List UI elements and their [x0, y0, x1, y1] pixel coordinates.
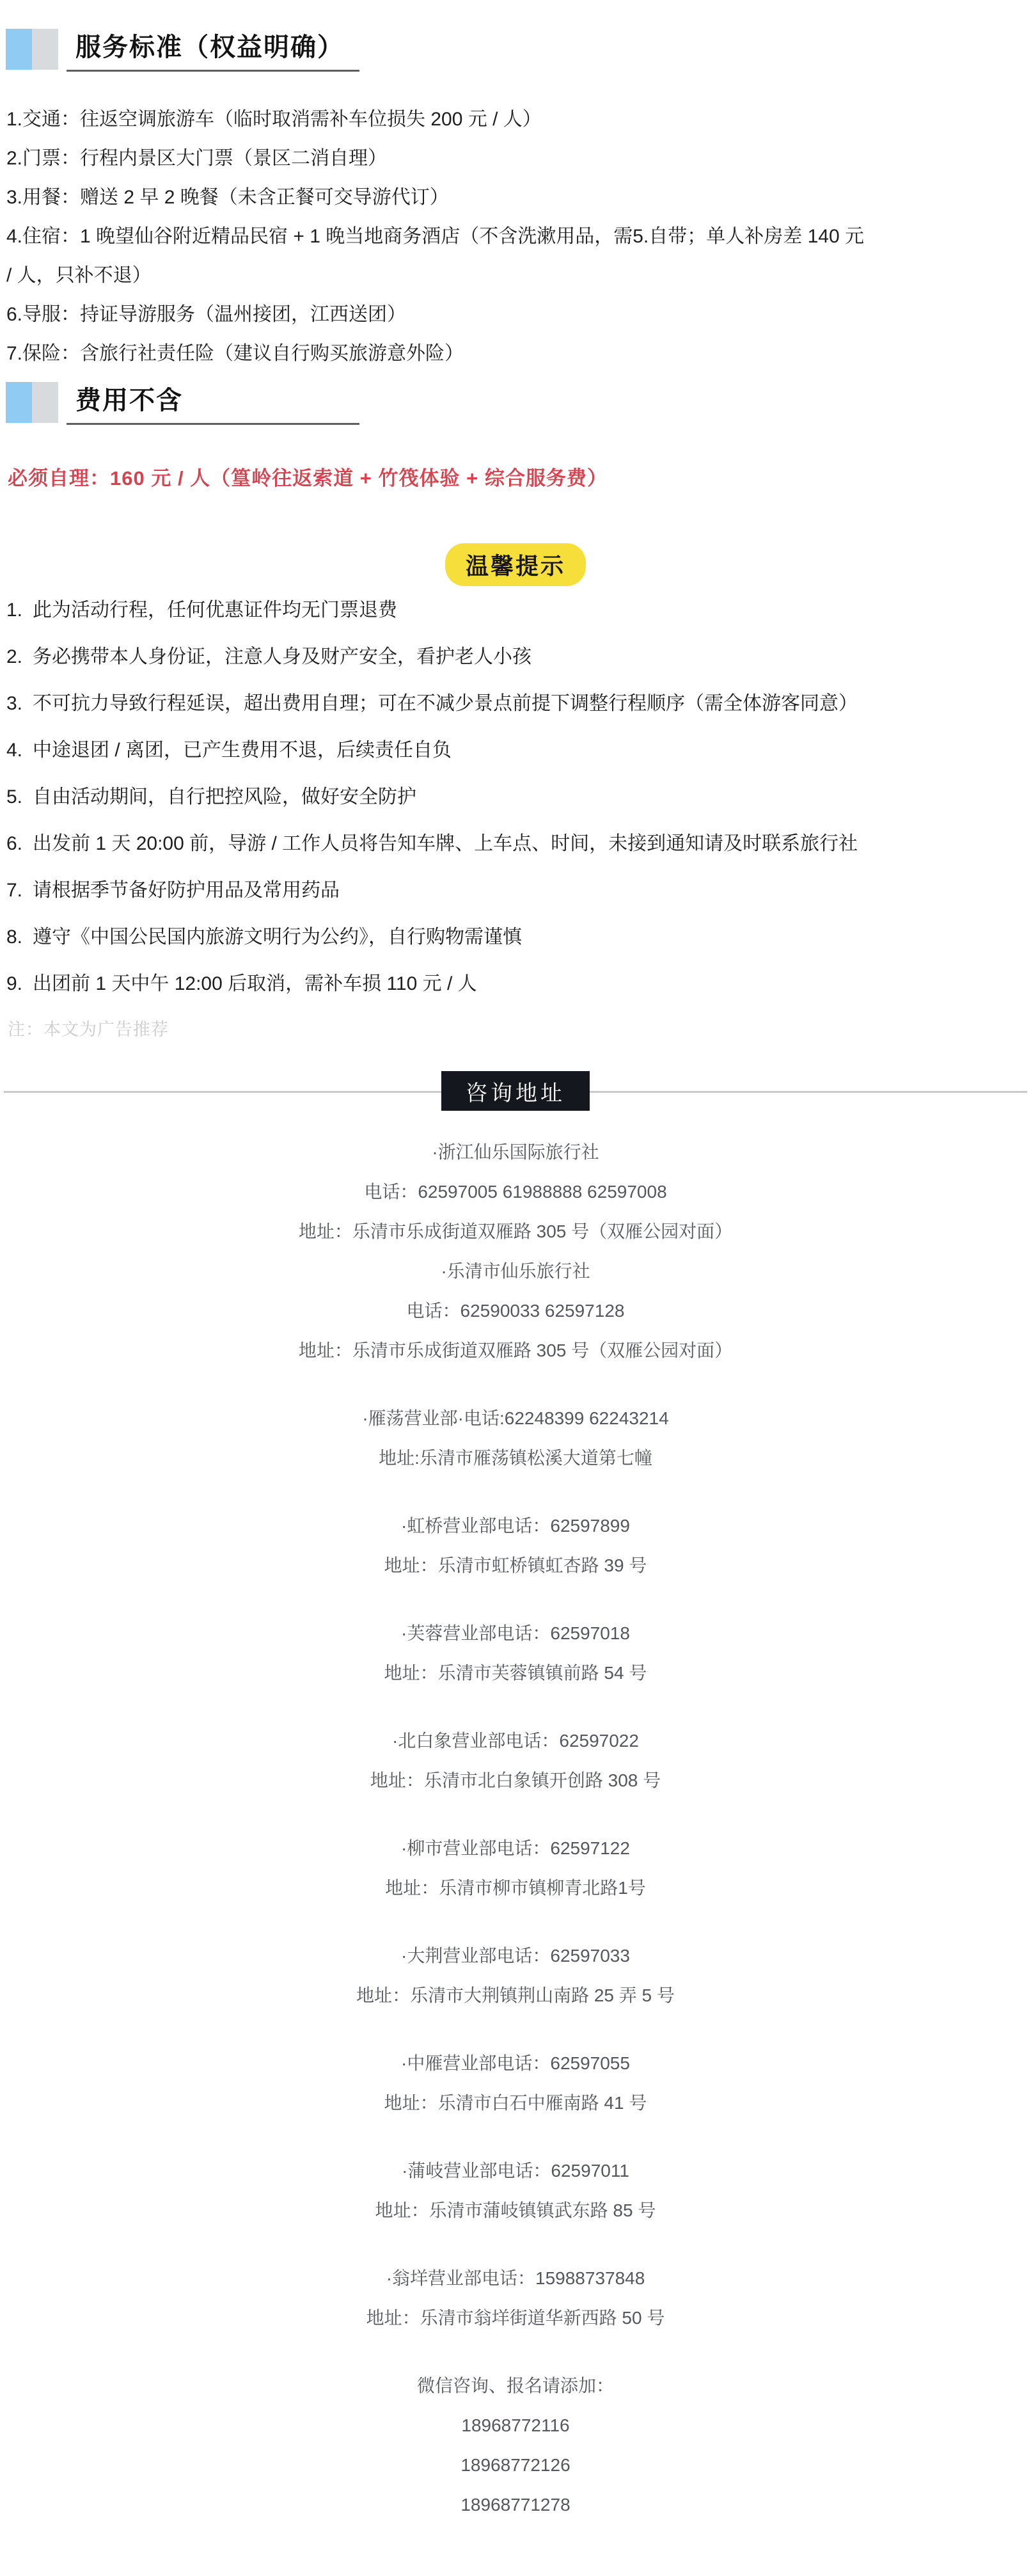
tip-text: 不可抗力导致行程延误，超出费用自理；可在不减少景点前提下调整行程顺序（需全体游客… [33, 688, 858, 719]
contact-group-zhongyan: ·中雁营业部电话：62597055 地址：乐清市白石中雁南路 41 号 [0, 2044, 1031, 2123]
contact-group-puqi: ·蒲岐营业部电话：62597011 地址：乐清市蒲岐镇镇武东路 85 号 [0, 2151, 1031, 2230]
service-item-insurance: 7.保险：含旅行社责任险（建议自行购买旅游意外险） [6, 334, 1031, 373]
tip-text: 遵守《中国公民国内旅游文明行为公约》，自行购物需谨慎 [33, 922, 522, 952]
tip-number: 2. [6, 642, 22, 672]
section-underline [67, 423, 359, 425]
phone-line: ·虹桥营业部电话：62597899 [0, 1506, 1031, 1546]
service-item-guide: 6.导服：持证导游服务（温州接团，江西送团） [6, 295, 1031, 334]
address-line: 地址：乐清市乐成街道双雁路 305 号（双雁公园对面） [0, 1212, 1031, 1252]
agency-name: ·浙江仙乐国际旅行社 [0, 1133, 1031, 1172]
tips-badge: 温馨提示 [445, 543, 586, 586]
wechat-signup-label: 微信咨询、报名请添加： [0, 2366, 1031, 2406]
gray-square-decoration [32, 29, 58, 70]
wechat-number: 18968772116 [0, 2406, 1031, 2445]
tip-number: 5. [6, 782, 22, 812]
service-item-transport: 1.交通：往返空调旅游车（临时取消需补车位损失 200 元 / 人） [6, 100, 1031, 139]
self-pay-highlight: 必须自理：160 元 / 人（篁岭往返索道 + 竹筏体验 + 综合服务费） [8, 462, 1031, 491]
tip-text: 自由活动期间，自行把控风险，做好安全防护 [33, 782, 416, 812]
phone-line: ·翁垟营业部电话：15988737848 [0, 2259, 1031, 2298]
contact-group-liushi: ·柳市营业部电话：62597122 地址：乐清市柳市镇柳青北路1号 [0, 1829, 1031, 1908]
phone-line: ·雁荡营业部·电话:62248399 62243214 [0, 1399, 1031, 1438]
contact-group-hongqiao: ·虹桥营业部电话：62597899 地址：乐清市虹桥镇虹杏路 39 号 [0, 1506, 1031, 1586]
tip-text: 出发前 1 天 20:00 前，导游 / 工作人员将告知车牌、上车点、时间，未接… [33, 829, 858, 859]
address-line: 地址：乐清市白石中雁南路 41 号 [0, 2083, 1031, 2123]
tip-item: 1. 此为活动行程，任何优惠证件均无门票退费 [6, 595, 1031, 625]
address-line: 地址：乐清市北白象镇开创路 308 号 [0, 1761, 1031, 1801]
contact-group-dajing: ·大荆营业部电话：62597033 地址：乐清市大荆镇荆山南路 25 弄 5 号 [0, 1936, 1031, 2015]
address-line: 地址：乐清市大荆镇荆山南路 25 弄 5 号 [0, 1976, 1031, 2015]
service-item-tickets: 2.门票：行程内景区大门票（景区二消自理） [6, 139, 1031, 178]
blue-square-decoration [6, 382, 32, 423]
tip-number: 7. [6, 875, 22, 905]
wechat-number: 18968771278 [0, 2485, 1031, 2525]
address-line: 地址：乐清市蒲岐镇镇武东路 85 号 [0, 2191, 1031, 2230]
address-line: 地址：乐清市虹桥镇虹杏路 39 号 [0, 1546, 1031, 1586]
contact-group-headquarters: ·浙江仙乐国际旅行社 电话：62597005 61988888 62597008… [0, 1133, 1031, 1371]
tip-item: 2. 务必携带本人身份证，注意人身及财产安全，看护老人小孩 [6, 642, 1031, 672]
travel-notice-page: 服务标准（权益明确） 1.交通：往返空调旅游车（临时取消需补车位损失 200 元… [0, 0, 1031, 2576]
wechat-number: 18968772126 [0, 2445, 1031, 2485]
tip-text: 中途退团 / 离团，已产生费用不退，后续责任自负 [33, 735, 452, 765]
tip-text: 务必携带本人身份证，注意人身及财产安全，看护老人小孩 [33, 642, 531, 672]
phone-line: ·大荆营业部电话：62597033 [0, 1936, 1031, 1976]
section-underline [67, 70, 359, 72]
section-title-service: 服务标准（权益明确） [75, 27, 344, 68]
tip-item: 4. 中途退团 / 离团，已产生费用不退，后续责任自负 [6, 735, 1031, 765]
tip-number: 9. [6, 969, 22, 999]
service-item-meals: 3.用餐：赠送 2 早 2 晚餐（未含正餐可交导游代订） [6, 178, 1031, 217]
phone-line: ·中雁营业部电话：62597055 [0, 2044, 1031, 2083]
service-standard-list: 1.交通：往返空调旅游车（临时取消需补车位损失 200 元 / 人） 2.门票：… [6, 100, 1031, 373]
phone-line: ·芙蓉营业部电话：62597018 [0, 1614, 1031, 1653]
tip-text: 此为活动行程，任何优惠证件均无门票退费 [33, 595, 397, 625]
tip-number: 8. [6, 922, 22, 952]
phone-line: 电话：62597005 61988888 62597008 [0, 1172, 1031, 1212]
contact-group-yandang: ·雁荡营业部·电话:62248399 62243214 地址:乐清市雁荡镇松溪大… [0, 1399, 1031, 1478]
tip-number: 4. [6, 735, 22, 765]
tip-item: 6. 出发前 1 天 20:00 前，导游 / 工作人员将告知车牌、上车点、时间… [6, 829, 1031, 859]
phone-line: 电话：62590033 62597128 [0, 1291, 1031, 1331]
address-line: 地址:乐清市雁荡镇松溪大道第七幢 [0, 1438, 1031, 1478]
service-item-lodging: 4.住宿：1 晚望仙谷附近精品民宿 + 1 晚当地商务酒店（不含洗漱用品，需5.… [6, 217, 1031, 295]
tip-item: 8. 遵守《中国公民国内旅游文明行为公约》，自行购物需谨慎 [6, 922, 1031, 952]
contact-divider: 咨询地址 [0, 1071, 1031, 1111]
section-title-fees: 费用不含 [75, 380, 183, 421]
tip-item: 9. 出团前 1 天中午 12:00 后取消，需补车损 110 元 / 人 [6, 969, 1031, 999]
ad-disclaimer-note: 注：本文为广告推荐 [8, 1015, 1031, 1040]
tip-item: 3. 不可抗力导致行程延误，超出费用自理；可在不减少景点前提下调整行程顺序（需全… [6, 688, 1031, 719]
contact-group-furong: ·芙蓉营业部电话：62597018 地址：乐清市芙蓉镇镇前路 54 号 [0, 1614, 1031, 1693]
phone-line: ·蒲岐营业部电话：62597011 [0, 2151, 1031, 2191]
gray-square-decoration [32, 382, 58, 423]
tips-badge-wrap: 温馨提示 [0, 543, 1031, 586]
section-header-service: 服务标准（权益明确） [6, 29, 1031, 72]
address-line: 地址：乐清市翁垟街道华新西路 50 号 [0, 2298, 1031, 2338]
blue-square-decoration [6, 29, 32, 70]
address-line: 地址：乐清市乐成街道双雁路 305 号（双雁公园对面） [0, 1331, 1031, 1371]
contact-group-wechat: 微信咨询、报名请添加： 18968772116 18968772126 1896… [0, 2366, 1031, 2525]
agency-name: ·乐清市仙乐旅行社 [0, 1252, 1031, 1291]
contact-group-beibaixiang: ·北白象营业部电话：62597022 地址：乐清市北白象镇开创路 308 号 [0, 1721, 1031, 1801]
tips-list: 1. 此为活动行程，任何优惠证件均无门票退费 2. 务必携带本人身份证，注意人身… [6, 595, 1031, 999]
section-header-fees: 费用不含 [6, 382, 1031, 425]
contact-group-wengyang: ·翁垟营业部电话：15988737848 地址：乐清市翁垟街道华新西路 50 号 [0, 2259, 1031, 2338]
tip-text: 请根据季节备好防护用品及常用药品 [33, 875, 340, 905]
address-line: 地址：乐清市柳市镇柳青北路1号 [0, 1868, 1031, 1908]
tip-item: 5. 自由活动期间，自行把控风险，做好安全防护 [6, 782, 1031, 812]
phone-line: ·北白象营业部电话：62597022 [0, 1721, 1031, 1761]
contact-address-badge: 咨询地址 [441, 1071, 590, 1111]
tip-number: 1. [6, 595, 22, 625]
contact-section: ·浙江仙乐国际旅行社 电话：62597005 61988888 62597008… [0, 1133, 1031, 2525]
tip-number: 6. [6, 829, 22, 859]
tip-number: 3. [6, 688, 22, 719]
tip-text: 出团前 1 天中午 12:00 后取消，需补车损 110 元 / 人 [33, 969, 477, 999]
tip-item: 7. 请根据季节备好防护用品及常用药品 [6, 875, 1031, 905]
address-line: 地址：乐清市芙蓉镇镇前路 54 号 [0, 1653, 1031, 1693]
phone-line: ·柳市营业部电话：62597122 [0, 1829, 1031, 1868]
